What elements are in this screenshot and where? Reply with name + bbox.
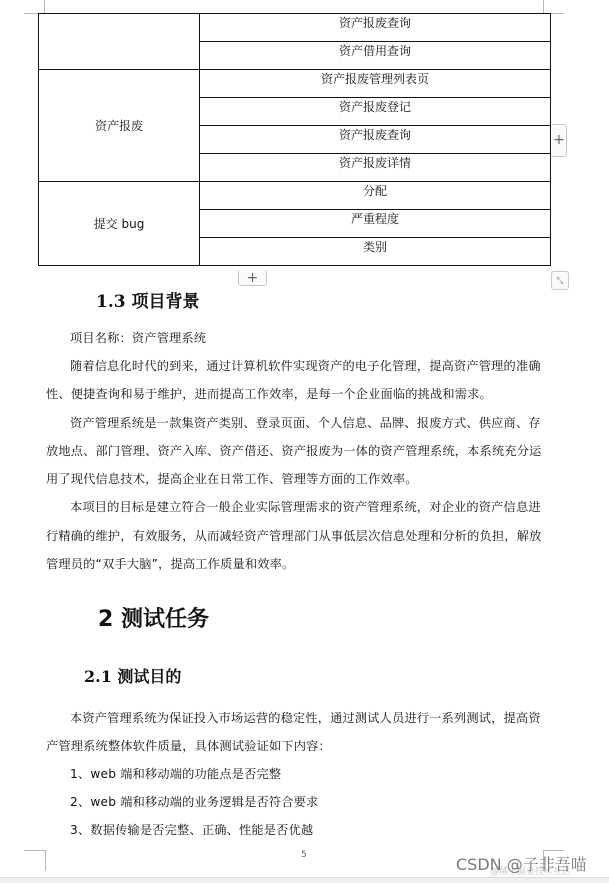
table-row: 资产报废 资产报废管理列表页 xyxy=(39,70,551,98)
group-cell[interactable]: 提交 bug xyxy=(39,182,200,266)
plus-icon: + xyxy=(553,132,565,148)
add-column-button[interactable]: + xyxy=(552,124,567,157)
paragraph-line: 资产管理系统是一款集资产类别、登录页面、个人信息、品牌、报废方式、供应商、存 xyxy=(70,414,541,431)
watermark: CSDN @子非吾喵 xyxy=(456,852,587,875)
page-number: 5 xyxy=(301,850,307,860)
item-cell[interactable]: 资产借用查询 xyxy=(200,42,551,70)
item-cell[interactable]: 分配 xyxy=(200,182,551,210)
item-cell[interactable]: 类别 xyxy=(200,238,551,266)
paragraph-line: 放地点、部门管理、资产入库、资产借还、资产报废为一体的资产管理系统，本系统充分运 xyxy=(46,442,542,459)
section-heading-1-3: 1.3 项目背景 xyxy=(96,287,200,312)
resize-icon: ⤡ xyxy=(557,276,563,285)
project-name-line: 项目名称：资产管理系统 xyxy=(70,329,206,346)
item-cell[interactable]: 资产报废查询 xyxy=(200,14,551,42)
table-row: 提交 bug 分配 xyxy=(39,182,551,210)
paragraph-line: 本资产管理系统为保证投入市场运营的稳定性，通过测试人员进行一系列测试，提高资 xyxy=(70,709,541,726)
window-bottom-bar xyxy=(0,877,609,883)
list-item: 1、web 端和移动端的功能点是否完整 xyxy=(70,765,281,782)
table-resize-handle[interactable]: ⤡ xyxy=(551,271,569,290)
paragraph-line: 随着信息化时代的到来，通过计算机软件实现资产的电子化管理，提高资产管理的准确 xyxy=(70,357,541,374)
group-cell[interactable] xyxy=(39,14,200,70)
paragraph-line: 产管理系统整体软件质量，具体测试验证如下内容： xyxy=(46,737,331,754)
paragraph-line: 本项目的目标是建立符合一般企业实际管理需求的资产管理系统，对企业的资产信息进 xyxy=(70,498,541,515)
item-cell[interactable]: 资产报废管理列表页 xyxy=(200,70,551,98)
add-row-button[interactable]: + xyxy=(238,271,267,286)
item-cell[interactable]: 资产报废详情 xyxy=(200,154,551,182)
crop-mark-top-left xyxy=(24,0,45,14)
paragraph-line: 管理员的“双手大脑”，提高工作质量和效率。 xyxy=(46,555,294,572)
item-cell[interactable]: 严重程度 xyxy=(200,210,551,238)
plus-icon: + xyxy=(247,270,259,286)
paragraph-line: 用了现代信息技术，提高企业在日常工作、管理等方面的工作效率。 xyxy=(46,470,418,487)
item-cell[interactable]: 资产报废查询 xyxy=(200,126,551,154)
list-item: 3、数据传输是否完整、正确、性能是否优越 xyxy=(70,821,313,838)
crop-mark-top-right xyxy=(543,0,564,14)
list-item: 2、web 端和移动端的业务逻辑是否符合要求 xyxy=(70,793,318,810)
crop-mark-bottom-left xyxy=(24,850,46,871)
item-cell[interactable]: 资产报废登记 xyxy=(200,98,551,126)
paragraph-line: 性、便捷查询和易于维护，进而提高工作效率，是每一个企业面临的挑战和需求。 xyxy=(46,385,492,402)
section-heading-2-1: 2.1 测试目的 xyxy=(84,664,181,687)
section-heading-2: 2 测试任务 xyxy=(98,602,209,633)
paragraph-line: 行精确的维护，有效服务，从而减轻资产管理部门从事低层次信息处理和分析的负担，解放 xyxy=(46,527,542,544)
table-row: 资产报废查询 xyxy=(39,14,551,42)
function-module-table: 资产报废查询 资产借用查询 资产报废 资产报废管理列表页 资产报废登记 资产报废… xyxy=(38,13,551,266)
group-cell[interactable]: 资产报废 xyxy=(39,70,200,182)
document-page: 资产报废查询 资产借用查询 资产报废 资产报废管理列表页 资产报废登记 资产报废… xyxy=(0,0,609,877)
